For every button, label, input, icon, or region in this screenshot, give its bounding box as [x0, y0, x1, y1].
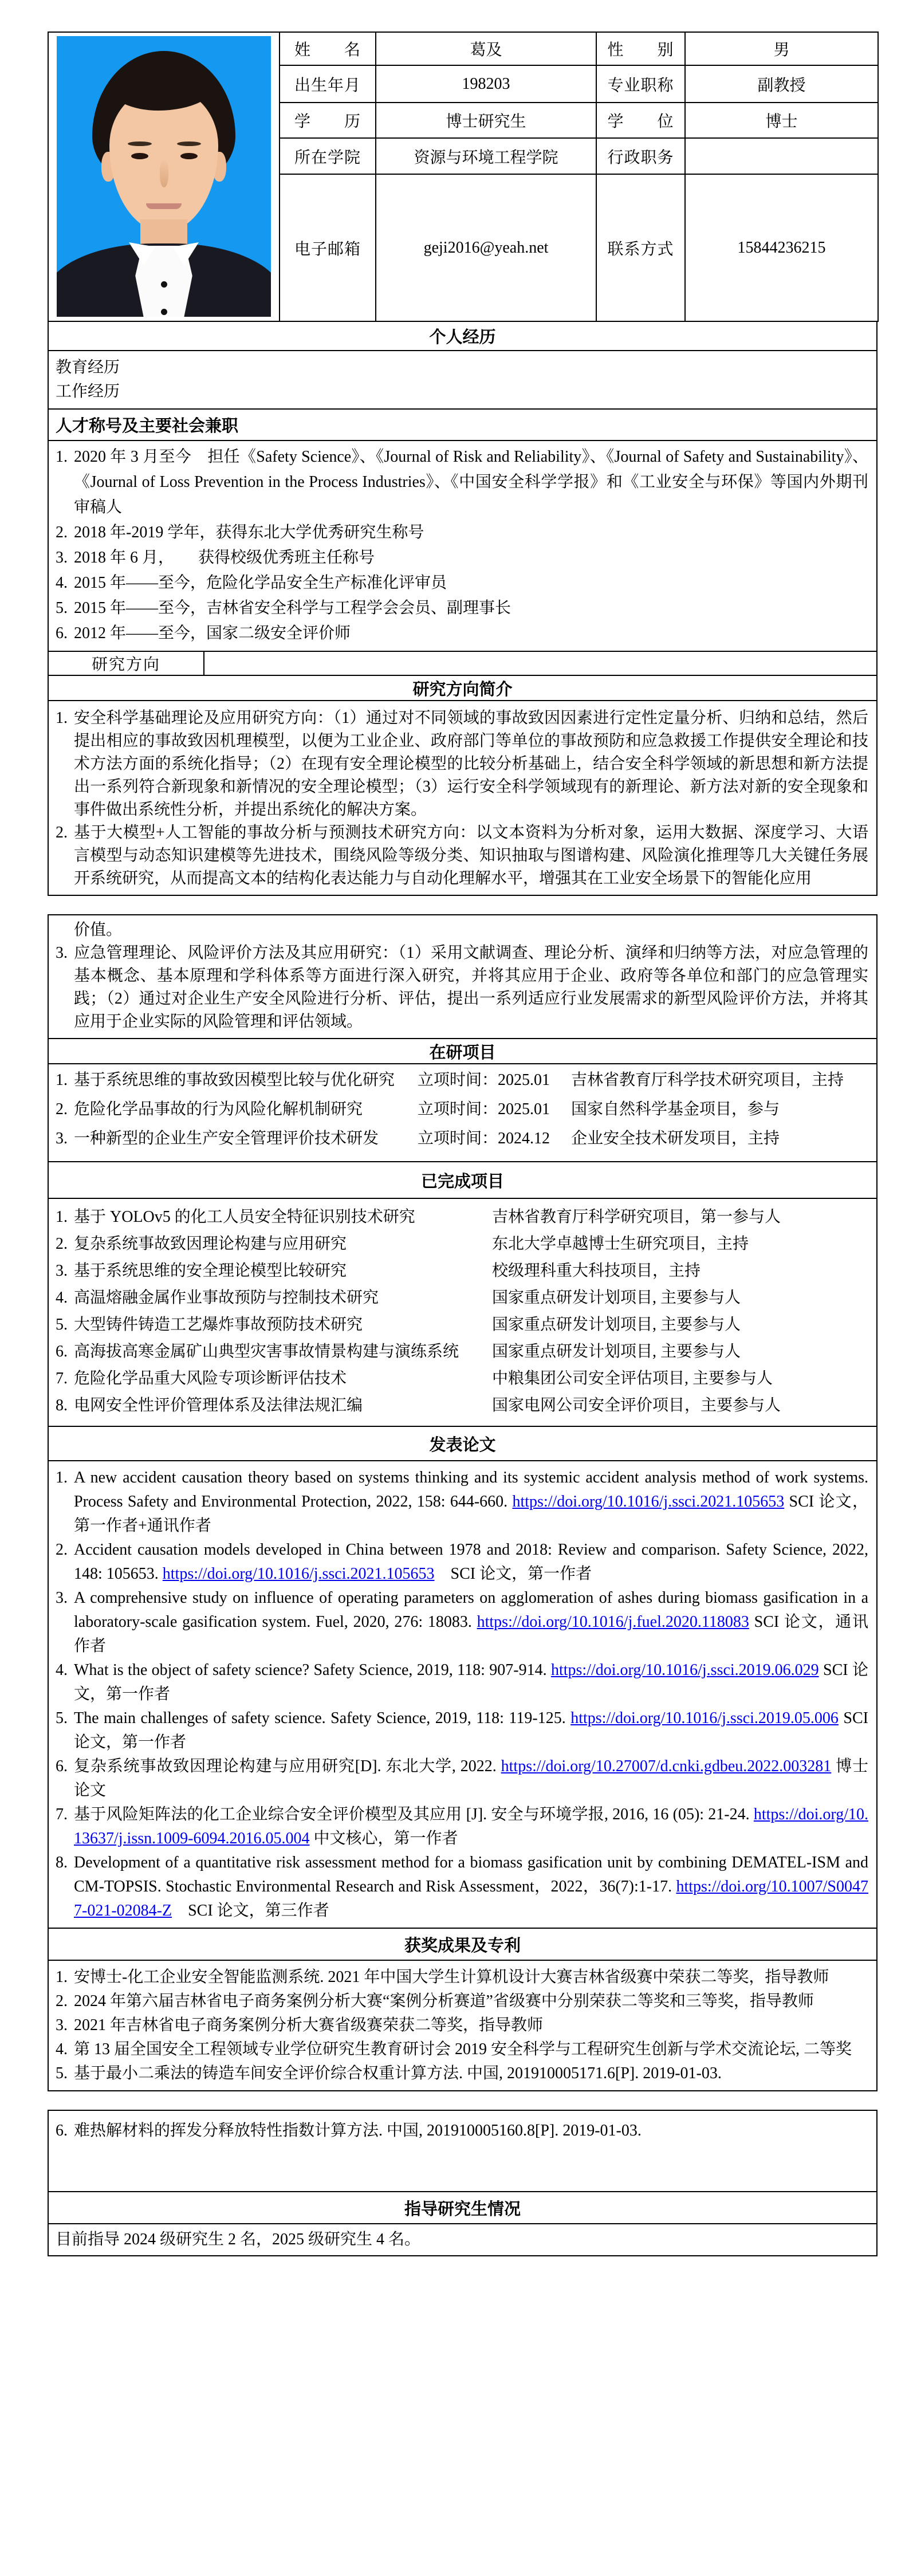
item-number: 3.	[56, 1127, 68, 1150]
research-intro-continuation: 价值。	[56, 919, 868, 942]
title-item: 3.2018 年 6 月， 获得校级优秀班主任称号	[56, 545, 868, 571]
value-phone: 15844236215	[685, 174, 878, 321]
item-number: 3.	[56, 942, 68, 965]
ongoing-project-item: 3. 一种新型的企业生产安全管理评价技术研发 立项时间：2024.12 企业安全…	[56, 1127, 868, 1150]
publication-item: 2.Accident causation models developed in…	[56, 1538, 868, 1586]
publication-item: 7.基于风险矩阵法的化工企业综合安全评价模型及其应用 [J]. 安全与环境学报,…	[56, 1803, 868, 1851]
title-item: 1.2020 年 3 月至今 担任《Safety Science》、《Journ…	[56, 445, 868, 520]
project-start-time: 立项时间：2024.12	[418, 1127, 571, 1150]
item-number: 2.	[56, 821, 68, 844]
value-degree: 博士	[685, 103, 878, 138]
publication-note: SCI 论文，第一作者	[435, 1565, 592, 1583]
item-number: 5.	[56, 1313, 68, 1336]
item-number: 3.	[56, 2013, 68, 2038]
completed-project-item: 8. 电网安全性评价管理体系及法律法规汇编 国家电网公司安全评价项目，主要参与人	[56, 1394, 868, 1417]
publication-citation: What is the object of safety science? Sa…	[74, 1661, 551, 1679]
completed-project-item: 5. 大型铸件铸造工艺爆炸事故预防技术研究 国家重点研发计划项目, 主要参与人	[56, 1313, 868, 1336]
research-intro-body-page2: 价值。 3.应急管理理论、风险评价方法及其应用研究：（1）采用文献调查、理论分析…	[48, 914, 877, 1039]
value-gender: 男	[685, 32, 878, 65]
item-text: 2012 年——至今，国家二级安全评价师	[74, 624, 351, 642]
award-item: 1.安博士-化工企业安全智能监测系统. 2021 年中国大学生计算机设计大赛吉林…	[56, 1965, 868, 1989]
research-direction-label: 研究方向	[49, 652, 204, 675]
publication-item: 8.Development of a quantitative risk ass…	[56, 1851, 868, 1923]
title-item: 5.2015 年——至今，吉林省安全科学与工程学会会员、副理事长	[56, 596, 868, 621]
project-source: 国家重点研发计划项目, 主要参与人	[492, 1313, 868, 1336]
doi-link[interactable]: https://doi.org/10.1016/j.ssci.2021.1056…	[512, 1493, 784, 1511]
project-source: 吉林省教育厅科学研究项目，第一参与人	[492, 1206, 868, 1229]
item-number: 2.	[56, 520, 68, 545]
value-education: 博士研究生	[376, 103, 596, 138]
awards-body-page3: 6.难热解材料的挥发分释放特性指数计算方法. 中国, 201910005160.…	[48, 2110, 877, 2192]
graduate-students-text: 目前指导 2024 级研究生 2 名，2025 级研究生 4 名。	[56, 2228, 420, 2252]
publication-citation: 基于风险矩阵法的化工企业综合安全评价模型及其应用 [J]. 安全与环境学报, 2…	[74, 1806, 754, 1823]
page-1: 姓 名 葛及 性 别 男 出生年月 198203 专业职称 副教授 学 历 博士…	[48, 32, 877, 896]
project-source: 国家自然科学基金项目，参与	[571, 1098, 868, 1121]
item-number: 7.	[56, 1367, 68, 1390]
item-text: 2020 年 3 月至今 担任《Safety Science》、《Journal…	[74, 448, 868, 516]
award-item: 6.难热解材料的挥发分释放特性指数计算方法. 中国, 201910005160.…	[56, 2119, 868, 2143]
cv-document: 姓 名 葛及 性 别 男 出生年月 198203 专业职称 副教授 学 历 博士…	[0, 0, 909, 2289]
label-admin-duty: 行政职务	[596, 138, 685, 174]
item-text: 2015 年——至今，吉林省安全科学与工程学会会员、副理事长	[74, 599, 511, 617]
project-name: 危险化学品事故的行为风险化解机制研究	[74, 1098, 418, 1121]
publications-body: 1.A new accident causation theory based …	[48, 1460, 877, 1929]
item-number: 7.	[56, 1803, 68, 1827]
item-number: 1.	[56, 707, 68, 730]
project-name: 基于 YOLOv5 的化工人员安全特征识别技术研究	[74, 1206, 492, 1229]
project-name: 高海拔高寒金属矿山典型灾害事故情景构建与演练系统	[74, 1340, 492, 1363]
label-birth: 出生年月	[280, 65, 376, 103]
completed-projects-body: 1. 基于 YOLOv5 的化工人员安全特征识别技术研究 吉林省教育厅科学研究项…	[48, 1198, 877, 1427]
section-header-completed-projects: 已完成项目	[48, 1161, 877, 1199]
doi-link[interactable]: https://doi.org/10.27007/d.cnki.gdbeu.20…	[501, 1757, 832, 1775]
photo-cell	[48, 32, 280, 321]
item-number: 4.	[56, 2038, 68, 2062]
item-number: 2.	[56, 1538, 68, 1562]
section-title: 个人经历	[429, 324, 495, 348]
project-name: 大型铸件铸造工艺爆炸事故预防技术研究	[74, 1313, 492, 1336]
label-email: 电子邮箱	[280, 174, 376, 321]
title-item: 4.2015 年——至今，危险化学品安全生产标准化评审员	[56, 571, 868, 596]
label-degree: 学 位	[596, 103, 685, 138]
project-start-time: 立项时间：2025.01	[418, 1098, 571, 1121]
project-name: 复杂系统事故致因理论构建与应用研究	[74, 1233, 492, 1256]
award-item: 2.2024 年第六届吉林省电子商务案例分析大赛“案例分析赛道”省级赛中分别荣获…	[56, 1989, 868, 2013]
project-source: 国家重点研发计划项目, 主要参与人	[492, 1340, 868, 1363]
publication-item: 1.A new accident causation theory based …	[56, 1466, 868, 1538]
ongoing-projects-body: 1. 基于系统思维的事故致因模型比较与优化研究 立项时间：2025.01 吉林省…	[48, 1063, 877, 1162]
project-name: 高温熔融金属作业事故预防与控制技术研究	[74, 1287, 492, 1309]
research-intro-body-page1: 1.安全科学基础理论及应用研究方向：（1）通过对不同领域的事故致因因素进行定性定…	[48, 700, 877, 896]
item-text: 2024 年第六届吉林省电子商务案例分析大赛“案例分析赛道”省级赛中分别荣获二等…	[74, 1992, 814, 2010]
item-number: 1.	[56, 445, 68, 470]
completed-project-item: 4. 高温熔融金属作业事故预防与控制技术研究 国家重点研发计划项目, 主要参与人	[56, 1287, 868, 1309]
publication-item: 3.A comprehensive study on influence of …	[56, 1586, 868, 1658]
award-item: 4.第 13 届全国安全工程领域专业学位研究生教育研讨会 2019 安全科学与工…	[56, 2038, 868, 2062]
item-text: 第 13 届全国安全工程领域专业学位研究生教育研讨会 2019 安全科学与工程研…	[74, 2040, 852, 2058]
item-number: 8.	[56, 1851, 68, 1875]
publication-citation: 复杂系统事故致因理论构建与应用研究[D]. 东北大学, 2022.	[74, 1757, 501, 1775]
value-title: 副教授	[685, 65, 878, 103]
doi-link[interactable]: https://doi.org/10.1016/j.ssci.2019.05.0…	[570, 1709, 839, 1727]
item-text: 安博士-化工企业安全智能监测系统. 2021 年中国大学生计算机设计大赛吉林省级…	[74, 1968, 829, 1986]
project-start-time: 立项时间：2025.01	[418, 1069, 571, 1092]
ongoing-project-item: 2. 危险化学品事故的行为风险化解机制研究 立项时间：2025.01 国家自然科…	[56, 1098, 868, 1121]
value-email: geji2016@yeah.net	[376, 174, 596, 321]
personal-experience-body: 教育经历 工作经历	[48, 350, 877, 410]
item-number: 5.	[56, 1706, 68, 1731]
item-text: 难热解材料的挥发分释放特性指数计算方法. 中国, 201910005160.8[…	[74, 2122, 642, 2140]
item-number: 2.	[56, 1098, 68, 1121]
value-admin-duty	[685, 138, 878, 174]
research-intro-item: 2.基于大模型+人工智能的事故分析与预测技术研究方向：以文本资料为分析对象，运用…	[56, 821, 868, 890]
publication-note: SCI 论文，第三作者	[172, 1902, 329, 1920]
label-college: 所在学院	[280, 138, 376, 174]
education-history-label: 教育经历	[56, 356, 868, 380]
project-source: 企业安全技术研发项目，主持	[571, 1127, 868, 1150]
section-header-publications: 发表论文	[48, 1426, 877, 1461]
section-title: 在研项目	[429, 1040, 495, 1063]
project-source: 东北大学卓越博士生研究项目，主持	[492, 1233, 868, 1256]
item-number: 6.	[56, 621, 68, 646]
label-education: 学 历	[280, 103, 376, 138]
project-source: 校级理科重大科技项目，主持	[492, 1260, 868, 1283]
item-number: 1.	[56, 1466, 68, 1490]
title-item: 6.2012 年——至今，国家二级安全评价师	[56, 621, 868, 646]
project-source: 吉林省教育厅科学技术研究项目，主持	[571, 1069, 868, 1092]
section-header-graduate-students: 指导研究生情况	[48, 2191, 877, 2224]
section-title: 已完成项目	[421, 1169, 504, 1192]
project-source: 国家重点研发计划项目, 主要参与人	[492, 1287, 868, 1309]
page-3: 6.难热解材料的挥发分释放特性指数计算方法. 中国, 201910005160.…	[48, 2110, 877, 2256]
item-number: 4.	[56, 571, 68, 596]
section-title: 获奖成果及专利	[404, 1933, 521, 1956]
item-text: 安全科学基础理论及应用研究方向：（1）通过对不同领域的事故致因因素进行定性定量分…	[74, 709, 868, 819]
label-title: 专业职称	[596, 65, 685, 103]
label-phone: 联系方式	[596, 174, 685, 321]
section-title: 指导研究生情况	[404, 2196, 521, 2220]
item-text: 应急管理理论、风险评价方法及其应用研究：（1）采用文献调查、理论分析、演绎和归纳…	[74, 944, 868, 1031]
photo-eye-right	[180, 153, 198, 159]
item-text: 2018 年 6 月， 获得校级优秀班主任称号	[74, 549, 375, 567]
item-number: 8.	[56, 1394, 68, 1417]
item-number: 4.	[56, 1287, 68, 1309]
section-title: 人才称号及主要社会兼职	[56, 413, 238, 436]
completed-project-item: 3. 基于系统思维的安全理论模型比较研究 校级理科重大科技项目，主持	[56, 1260, 868, 1283]
section-header-ongoing-projects: 在研项目	[48, 1038, 877, 1064]
item-text: 2021 年吉林省电子商务案例分析大赛省级赛荣获二等奖，指导教师	[74, 2016, 543, 2034]
item-number: 2.	[56, 1233, 68, 1256]
value-name: 葛及	[376, 32, 596, 65]
completed-project-item: 1. 基于 YOLOv5 的化工人员安全特征识别技术研究 吉林省教育厅科学研究项…	[56, 1206, 868, 1229]
item-number: 3.	[56, 1586, 68, 1610]
project-name: 危险化学品重大风险专项诊断评估技术	[74, 1367, 492, 1390]
item-number: 5.	[56, 596, 68, 621]
ongoing-project-item: 1. 基于系统思维的事故致因模型比较与优化研究 立项时间：2025.01 吉林省…	[56, 1069, 868, 1092]
page-2: 价值。 3.应急管理理论、风险评价方法及其应用研究：（1）采用文献调查、理论分析…	[48, 914, 877, 2091]
publication-citation: The main challenges of safety science. S…	[74, 1709, 570, 1727]
profile-table: 姓 名 葛及 性 别 男 出生年月 198203 专业职称 副教授 学 历 博士…	[48, 32, 879, 322]
completed-project-item: 6. 高海拔高寒金属矿山典型灾害事故情景构建与演练系统 国家重点研发计划项目, …	[56, 1340, 868, 1363]
label-gender: 性 别	[596, 32, 685, 65]
doi-link[interactable]: https://doi.org/10.1016/j.ssci.2021.1056…	[163, 1565, 435, 1583]
doi-link[interactable]: https://doi.org/10.1016/j.ssci.2019.06.0…	[551, 1661, 819, 1679]
publication-item: 6.复杂系统事故致因理论构建与应用研究[D]. 东北大学, 2022. http…	[56, 1755, 868, 1803]
doi-link[interactable]: https://doi.org/10.1016/j.fuel.2020.1180…	[477, 1613, 749, 1631]
value-college: 资源与环境工程学院	[376, 138, 596, 174]
project-source: 国家电网公司安全评价项目，主要参与人	[492, 1394, 868, 1417]
item-number: 1.	[56, 1069, 68, 1092]
titles-body: 1.2020 年 3 月至今 担任《Safety Science》、《Journ…	[48, 440, 877, 652]
section-header-research-intro: 研究方向简介	[48, 675, 877, 701]
item-text: 2018 年-2019 学年，获得东北大学优秀研究生称号	[74, 524, 424, 541]
section-header-awards-patents: 获奖成果及专利	[48, 1928, 877, 1961]
item-number: 1.	[56, 1965, 68, 1989]
section-header-titles-social-roles: 人才称号及主要社会兼职	[48, 408, 877, 441]
project-name: 基于系统思维的安全理论模型比较研究	[74, 1260, 492, 1283]
item-text: 2015 年——至今，危险化学品安全生产标准化评审员	[74, 574, 447, 592]
title-item: 2.2018 年-2019 学年，获得东北大学优秀研究生称号	[56, 520, 868, 545]
project-name: 基于系统思维的事故致因模型比较与优化研究	[74, 1069, 418, 1092]
item-number: 5.	[56, 2062, 68, 2086]
item-number: 6.	[56, 1340, 68, 1363]
section-title: 研究方向简介	[412, 677, 512, 700]
item-number: 3.	[56, 545, 68, 571]
item-number: 6.	[56, 2119, 68, 2143]
section-header-personal-experience: 个人经历	[48, 321, 877, 351]
research-direction-row: 研究方向	[48, 651, 877, 676]
completed-project-item: 2. 复杂系统事故致因理论构建与应用研究 东北大学卓越博士生研究项目，主持	[56, 1233, 868, 1256]
awards-body-page2: 1.安博士-化工企业安全智能监测系统. 2021 年中国大学生计算机设计大赛吉林…	[48, 1960, 877, 2091]
value-birth: 198203	[376, 65, 596, 103]
research-direction-content	[204, 652, 876, 675]
item-number: 4.	[56, 1658, 68, 1682]
research-intro-item: 1.安全科学基础理论及应用研究方向：（1）通过对不同领域的事故致因因素进行定性定…	[56, 707, 868, 821]
item-text: 基于最小二乘法的铸造车间安全评价综合权重计算方法. 中国, 2019100051…	[74, 2064, 722, 2082]
publication-item: 4.What is the object of safety science? …	[56, 1658, 868, 1706]
award-item: 5.基于最小二乘法的铸造车间安全评价综合权重计算方法. 中国, 20191000…	[56, 2062, 868, 2086]
id-photo	[57, 36, 271, 317]
completed-project-item: 7. 危险化学品重大风险专项诊断评估技术 中粮集团公司安全评估项目, 主要参与人	[56, 1367, 868, 1390]
section-title: 发表论文	[429, 1432, 495, 1456]
item-text: 基于大模型+人工智能的事故分析与预测技术研究方向：以文本资料为分析对象，运用大数…	[74, 824, 868, 887]
item-number: 3.	[56, 1260, 68, 1283]
project-name: 一种新型的企业生产安全管理评价技术研发	[74, 1127, 418, 1150]
publication-note: 中文核心，第一作者	[309, 1830, 458, 1847]
award-item: 3.2021 年吉林省电子商务案例分析大赛省级赛荣获二等奖，指导教师	[56, 2013, 868, 2038]
project-name: 电网安全性评价管理体系及法律法规汇编	[74, 1394, 492, 1417]
item-number: 6.	[56, 1755, 68, 1779]
work-history-label: 工作经历	[56, 380, 868, 404]
publication-item: 5.The main challenges of safety science.…	[56, 1706, 868, 1755]
graduate-students-body: 目前指导 2024 级研究生 2 名，2025 级研究生 4 名。	[48, 2223, 877, 2256]
photo-eye-left	[131, 153, 148, 159]
label-name: 姓 名	[280, 32, 376, 65]
research-intro-item: 3.应急管理理论、风险评价方法及其应用研究：（1）采用文献调查、理论分析、演绎和…	[56, 942, 868, 1033]
project-source: 中粮集团公司安全评估项目, 主要参与人	[492, 1367, 868, 1390]
item-number: 2.	[56, 1989, 68, 2013]
item-number: 1.	[56, 1206, 68, 1229]
